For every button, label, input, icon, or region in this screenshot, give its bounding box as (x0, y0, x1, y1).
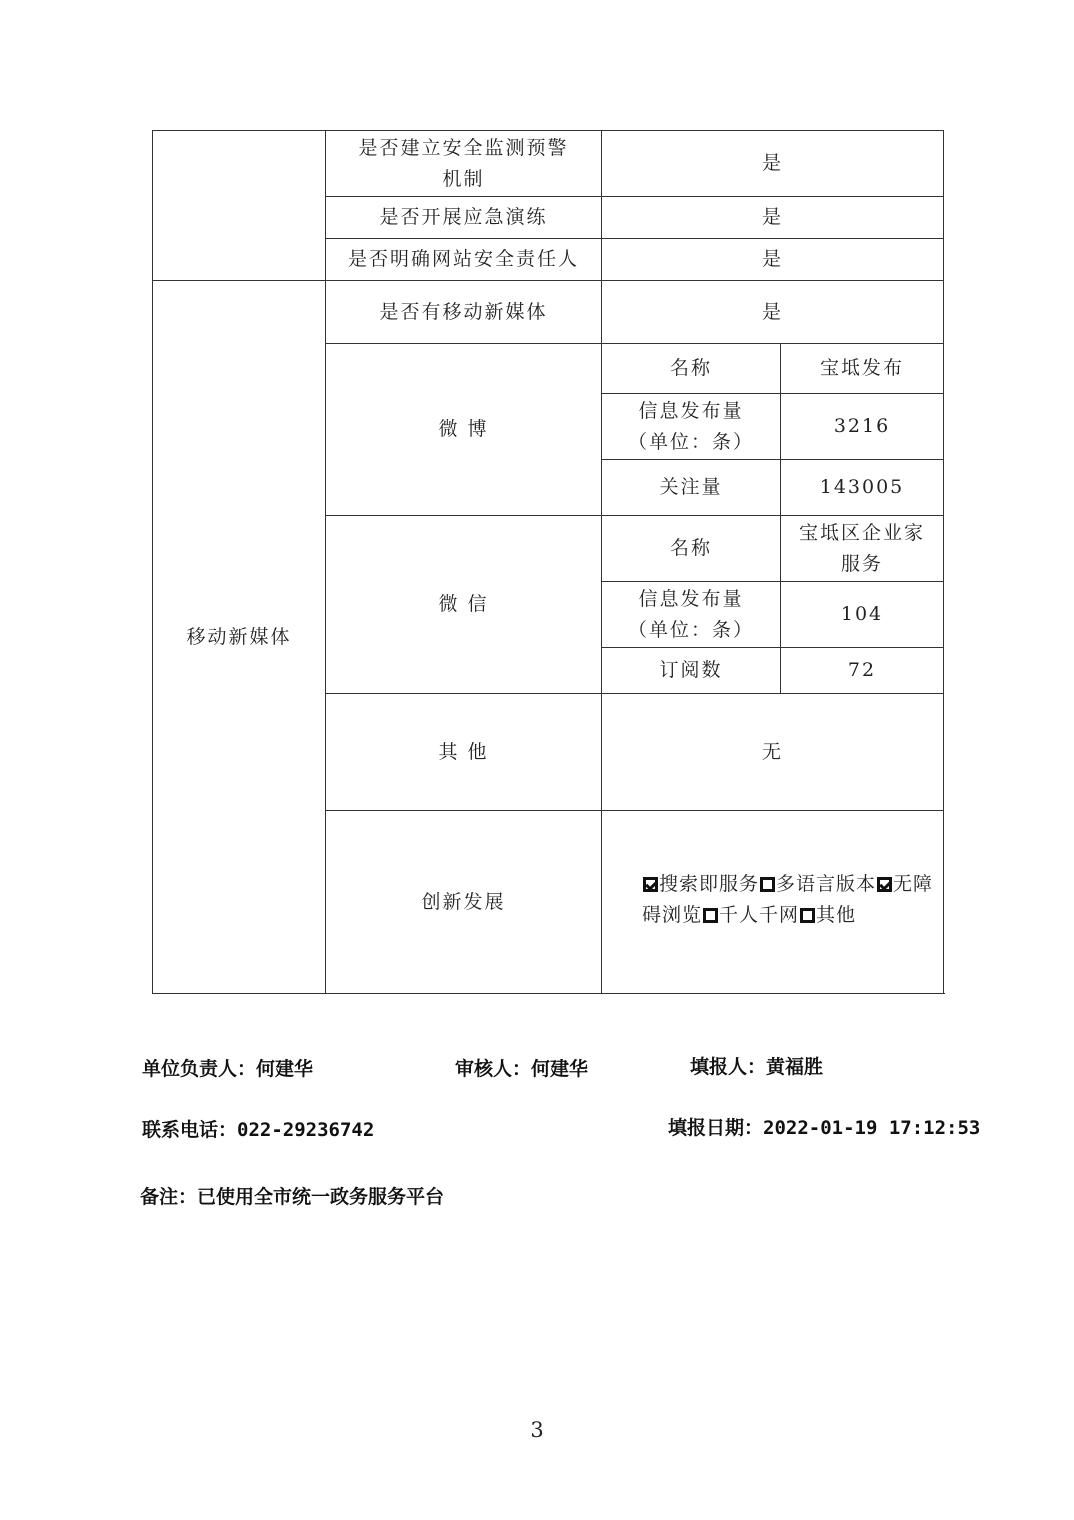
row-label: 是否建立安全监测预警机制 (326, 131, 602, 197)
sub-label: 名称 (602, 344, 781, 394)
sub-label: 名称 (602, 516, 781, 582)
reviewer: 审核人：何建华 (455, 1054, 588, 1081)
note: 备注：已使用全市统一政务服务平台 (140, 1182, 444, 1209)
innovation-options: 搜索即服务多语言版本无障碍浏览千人千网其他 (602, 811, 944, 994)
other-label: 其 他 (326, 694, 602, 811)
sub-value: 72 (781, 648, 944, 694)
checkbox-checked-icon[interactable] (643, 877, 658, 892)
row-value: 是 (602, 131, 944, 197)
sub-value: 宝坻发布 (781, 344, 944, 394)
sub-label: 关注量 (602, 460, 781, 516)
sub-value: 3216 (781, 394, 944, 460)
row-label: 是否有移动新媒体 (326, 281, 602, 344)
option-label: 搜索即服务 (659, 873, 759, 895)
row-value: 是 (602, 239, 944, 281)
checkbox-checked-icon[interactable] (877, 877, 892, 892)
row-label: 是否明确网站安全责任人 (326, 239, 602, 281)
sub-value: 143005 (781, 460, 944, 516)
sub-label: 订阅数 (602, 648, 781, 694)
row-value: 是 (602, 197, 944, 239)
row-label: 是否开展应急演练 (326, 197, 602, 239)
sub-value: 104 (781, 582, 944, 648)
unit-head: 单位负责人：何建华 (142, 1054, 313, 1081)
page-number: 3 (0, 1418, 1074, 1442)
section-label-mobile: 移动新媒体 (153, 281, 326, 994)
weibo-label: 微 博 (326, 344, 602, 516)
sub-label: 信息发布量（单位：条） (602, 582, 781, 648)
section-cell-security (153, 131, 326, 281)
sub-value: 宝坻区企业家服务 (781, 516, 944, 582)
option-label: 其他 (816, 904, 856, 926)
sub-label: 信息发布量（单位：条） (602, 394, 781, 460)
checkbox-empty-icon[interactable] (703, 908, 718, 923)
checkbox-empty-icon[interactable] (800, 908, 815, 923)
report-table: 是否建立安全监测预警机制 是 是否开展应急演练 是 是否明确网站安全责任人 是 … (152, 130, 944, 994)
contact-phone: 联系电话：022-29236742 (142, 1115, 374, 1142)
option-label: 千人千网 (719, 904, 799, 926)
filler: 填报人：黄福胜 (690, 1052, 823, 1079)
fill-date: 填报日期：2022-01-19 17:12:53 (668, 1113, 980, 1140)
other-value: 无 (602, 694, 944, 811)
section-label-innovation: 创新发展 (326, 811, 602, 994)
option-label: 多语言版本 (776, 873, 876, 895)
checkbox-empty-icon[interactable] (760, 877, 775, 892)
row-value: 是 (602, 281, 944, 344)
weixin-label: 微 信 (326, 516, 602, 694)
